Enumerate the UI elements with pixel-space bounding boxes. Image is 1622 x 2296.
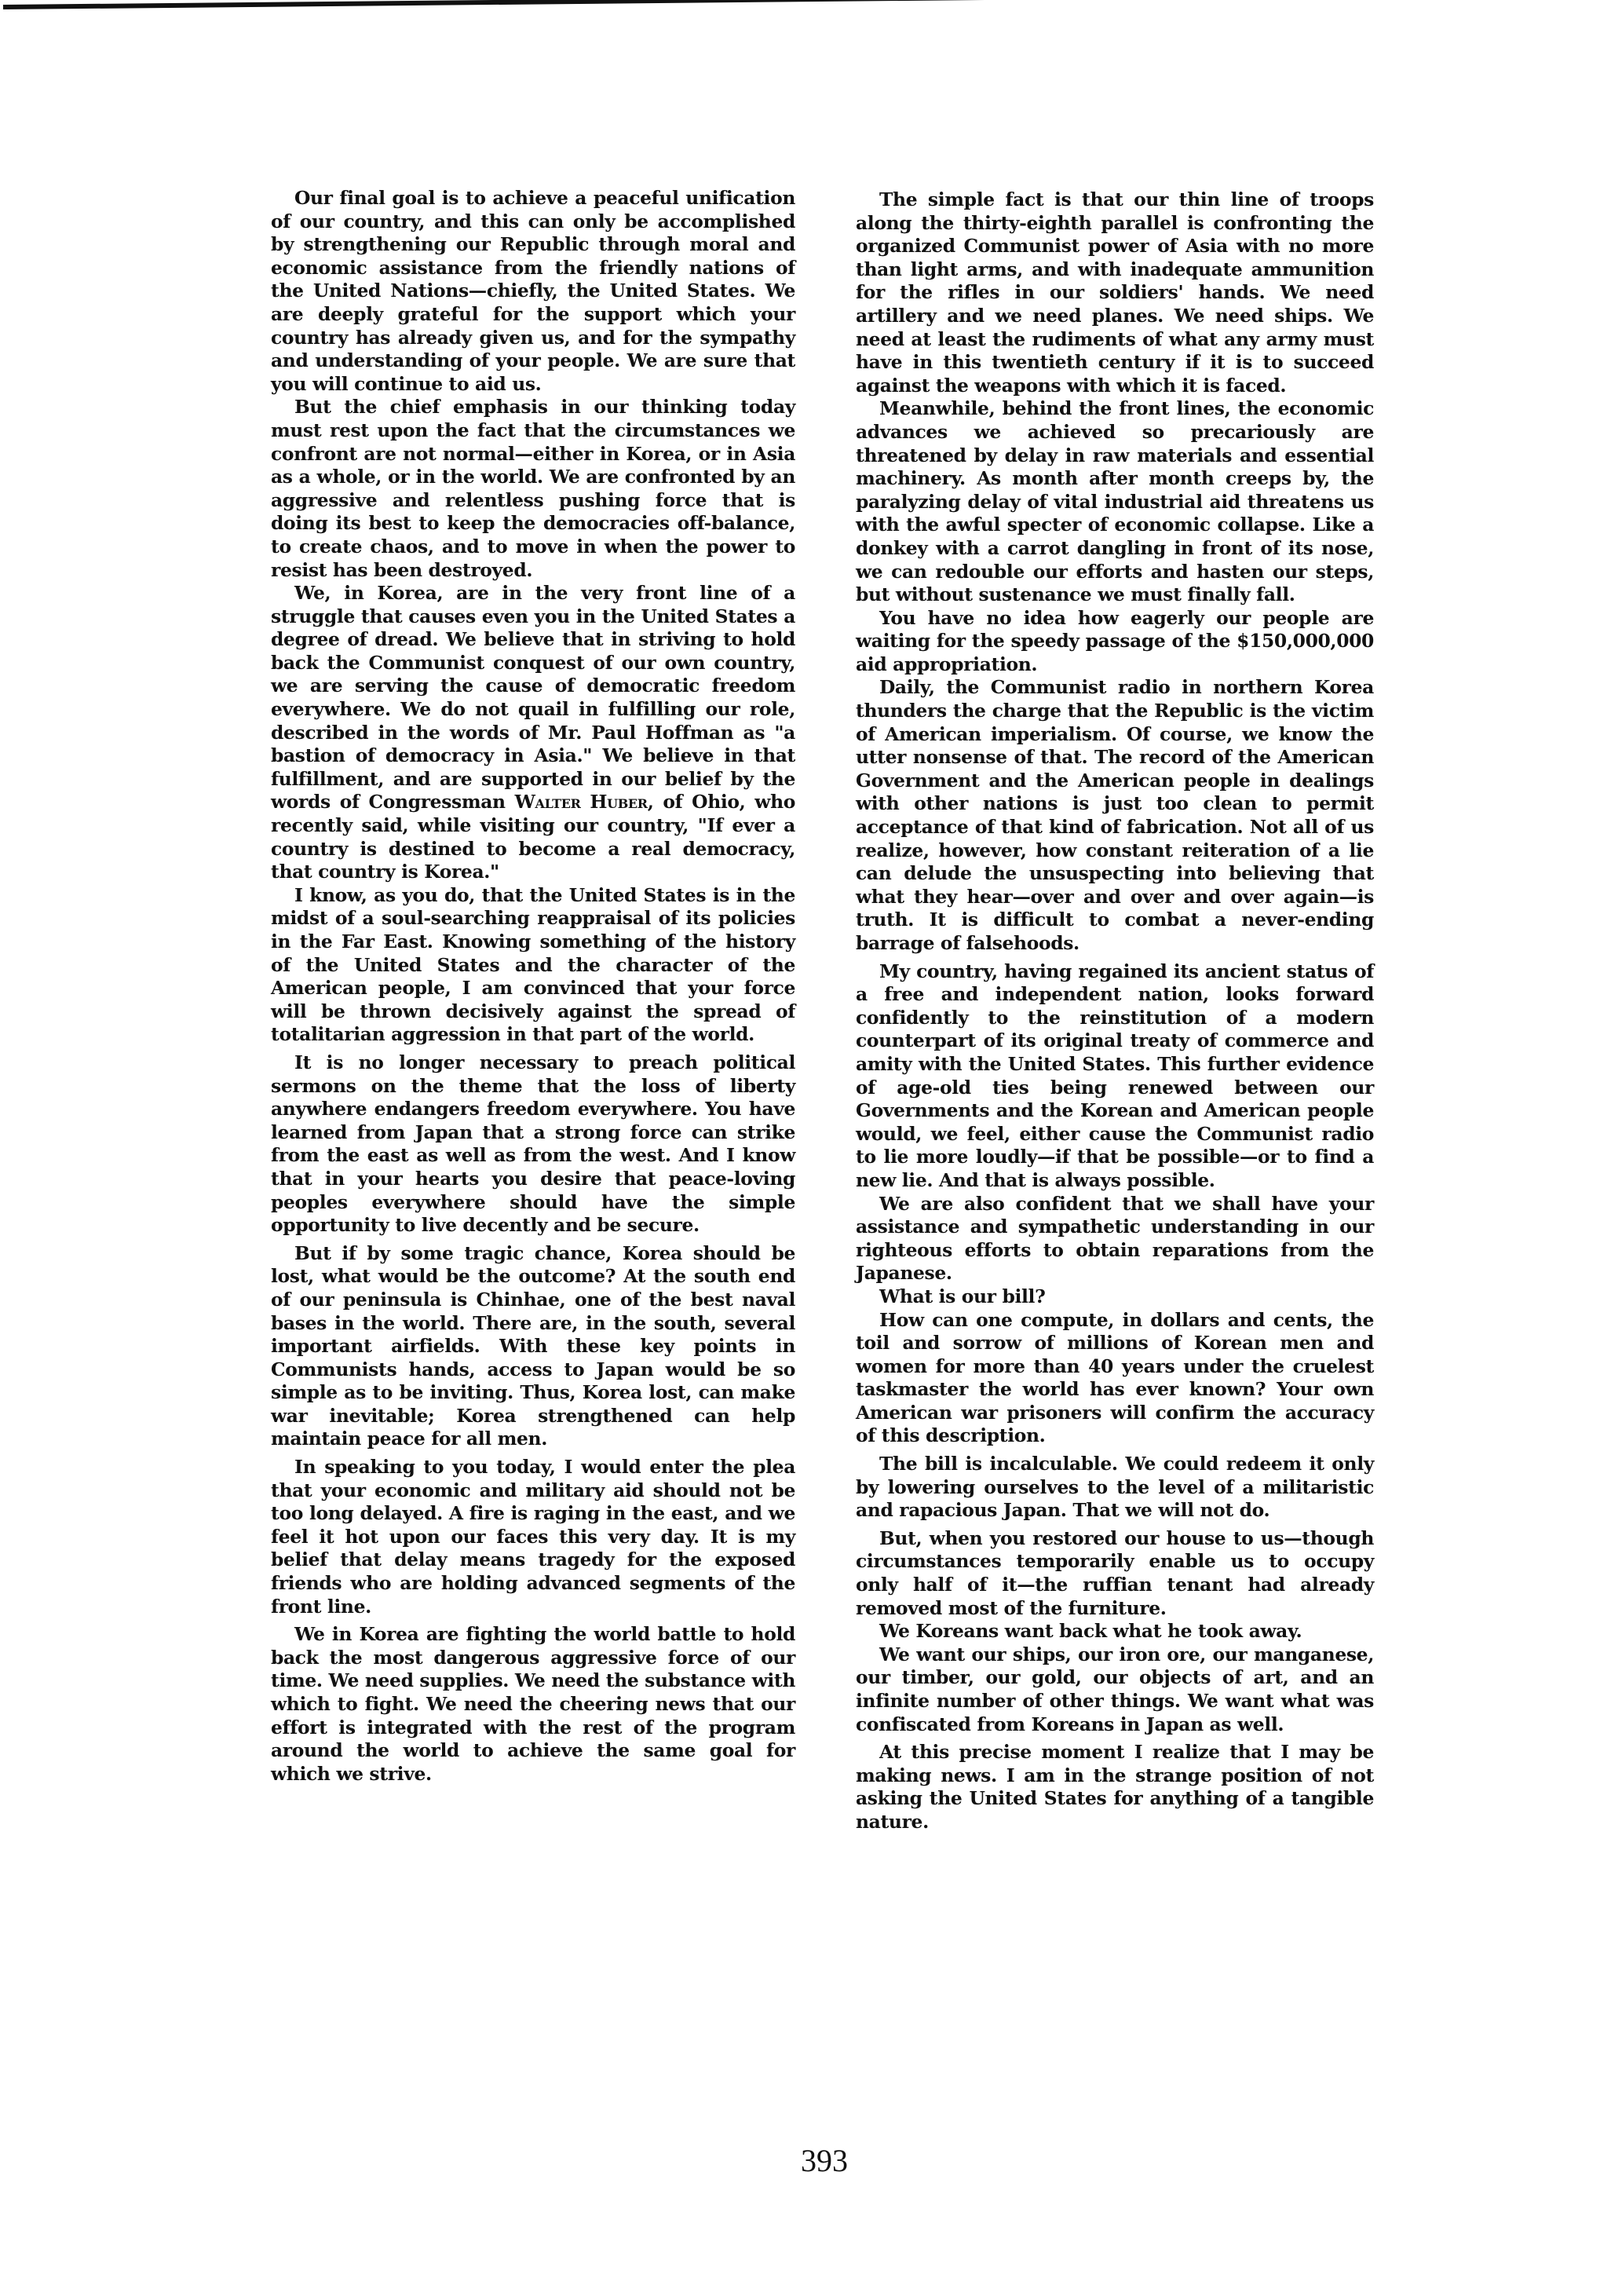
- paragraph: My country, having regained its ancient …: [856, 960, 1374, 1193]
- paragraph: At this precise moment I realize that I …: [856, 1741, 1374, 1834]
- paragraph: What is our bill?: [856, 1285, 1374, 1309]
- paragraph: The simple fact is that our thin line of…: [856, 188, 1374, 397]
- paragraph: We want our ships, our iron ore, our man…: [856, 1643, 1374, 1736]
- paragraph: We are also confident that we shall have…: [856, 1193, 1374, 1285]
- top-scan-rule: [3, 0, 1076, 9]
- paragraph: You have no idea how eagerly our people …: [856, 607, 1374, 677]
- paragraph: It is no longer necessary to preach poli…: [271, 1051, 795, 1238]
- paragraph: We in Korea are fighting the world battl…: [271, 1623, 795, 1786]
- paragraph: Daily, the Communist radio in northern K…: [856, 676, 1374, 955]
- person-name: Walter Huber: [515, 791, 648, 813]
- right-column: The simple fact is that our thin line of…: [856, 188, 1374, 1834]
- paragraph: The bill is incalculable. We could redee…: [856, 1453, 1374, 1523]
- page-number: 393: [785, 2142, 864, 2179]
- paragraph: Our final goal is to achieve a peaceful …: [271, 187, 795, 396]
- paragraph: We Koreans want back what he took away.: [856, 1620, 1374, 1643]
- paragraph: In speaking to you today, I would enter …: [271, 1456, 795, 1618]
- paragraph: We, in Korea, are in the very front line…: [271, 582, 795, 884]
- paragraph: But the chief emphasis in our thinking t…: [271, 396, 795, 582]
- paragraph-text: We, in Korea, are in the very front line…: [271, 582, 795, 813]
- paragraph: But, when you restored our house to us—t…: [856, 1527, 1374, 1620]
- paragraph: But if by some tragic chance, Korea shou…: [271, 1242, 795, 1451]
- paragraph: Meanwhile, behind the front lines, the e…: [856, 397, 1374, 606]
- paragraph: How can one compute, in dollars and cent…: [856, 1309, 1374, 1449]
- paragraph: I know, as you do, that the United State…: [271, 884, 795, 1047]
- left-column: Our final goal is to achieve a peaceful …: [271, 187, 795, 1786]
